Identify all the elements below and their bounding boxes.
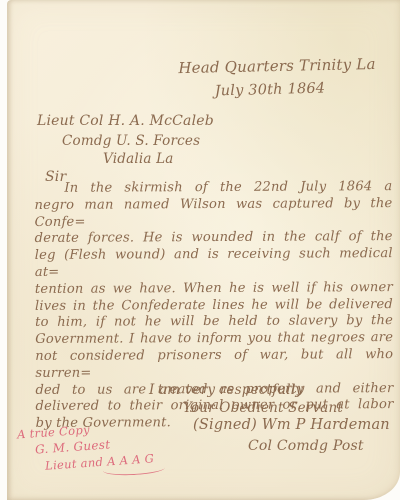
body-line: not considered prisoners of war, but all…: [35, 347, 393, 382]
closing-title: Col Comdg Post: [248, 438, 364, 454]
header-date-line: July 30th 1864: [185, 80, 355, 100]
annotation-clerk-signature: G. M. Guest: [35, 437, 111, 456]
address-command: Comdg U. S. Forces: [62, 133, 200, 149]
body-line: leg (Flesh wound) and is receiving such …: [35, 246, 393, 281]
closing-respectfully: I am very respectfully: [149, 382, 303, 398]
body-line: to him, if not he will be held to slaver…: [35, 313, 393, 332]
closing-signature: (Signed) Wm P Hardeman: [193, 417, 390, 433]
closing-servant: Your Obedient Servant: [183, 400, 343, 416]
letter-paper: Head Quarters Trinity La July 30th 1864 …: [7, 0, 400, 500]
address-recipient: Lieut Col H. A. McCaleb: [37, 113, 214, 129]
body-line: negro man named Wilson was captured by t…: [34, 196, 392, 231]
header-place-line: Head Quarters Trinity La: [157, 54, 397, 77]
body-line: lives in the Confederate lines he will b…: [35, 297, 393, 316]
body-line: Government. I have to inform you that ne…: [35, 330, 393, 349]
address-location: Vidalia La: [103, 151, 174, 167]
body-line: derate forces. He is wounded in the calf…: [35, 229, 393, 248]
body-line: tention as we have. When he is well if h…: [35, 280, 393, 299]
body-line: In the skirmish of the 22nd July 1864 a: [34, 179, 392, 198]
scanned-letter-frame: Head Quarters Trinity La July 30th 1864 …: [0, 0, 400, 500]
